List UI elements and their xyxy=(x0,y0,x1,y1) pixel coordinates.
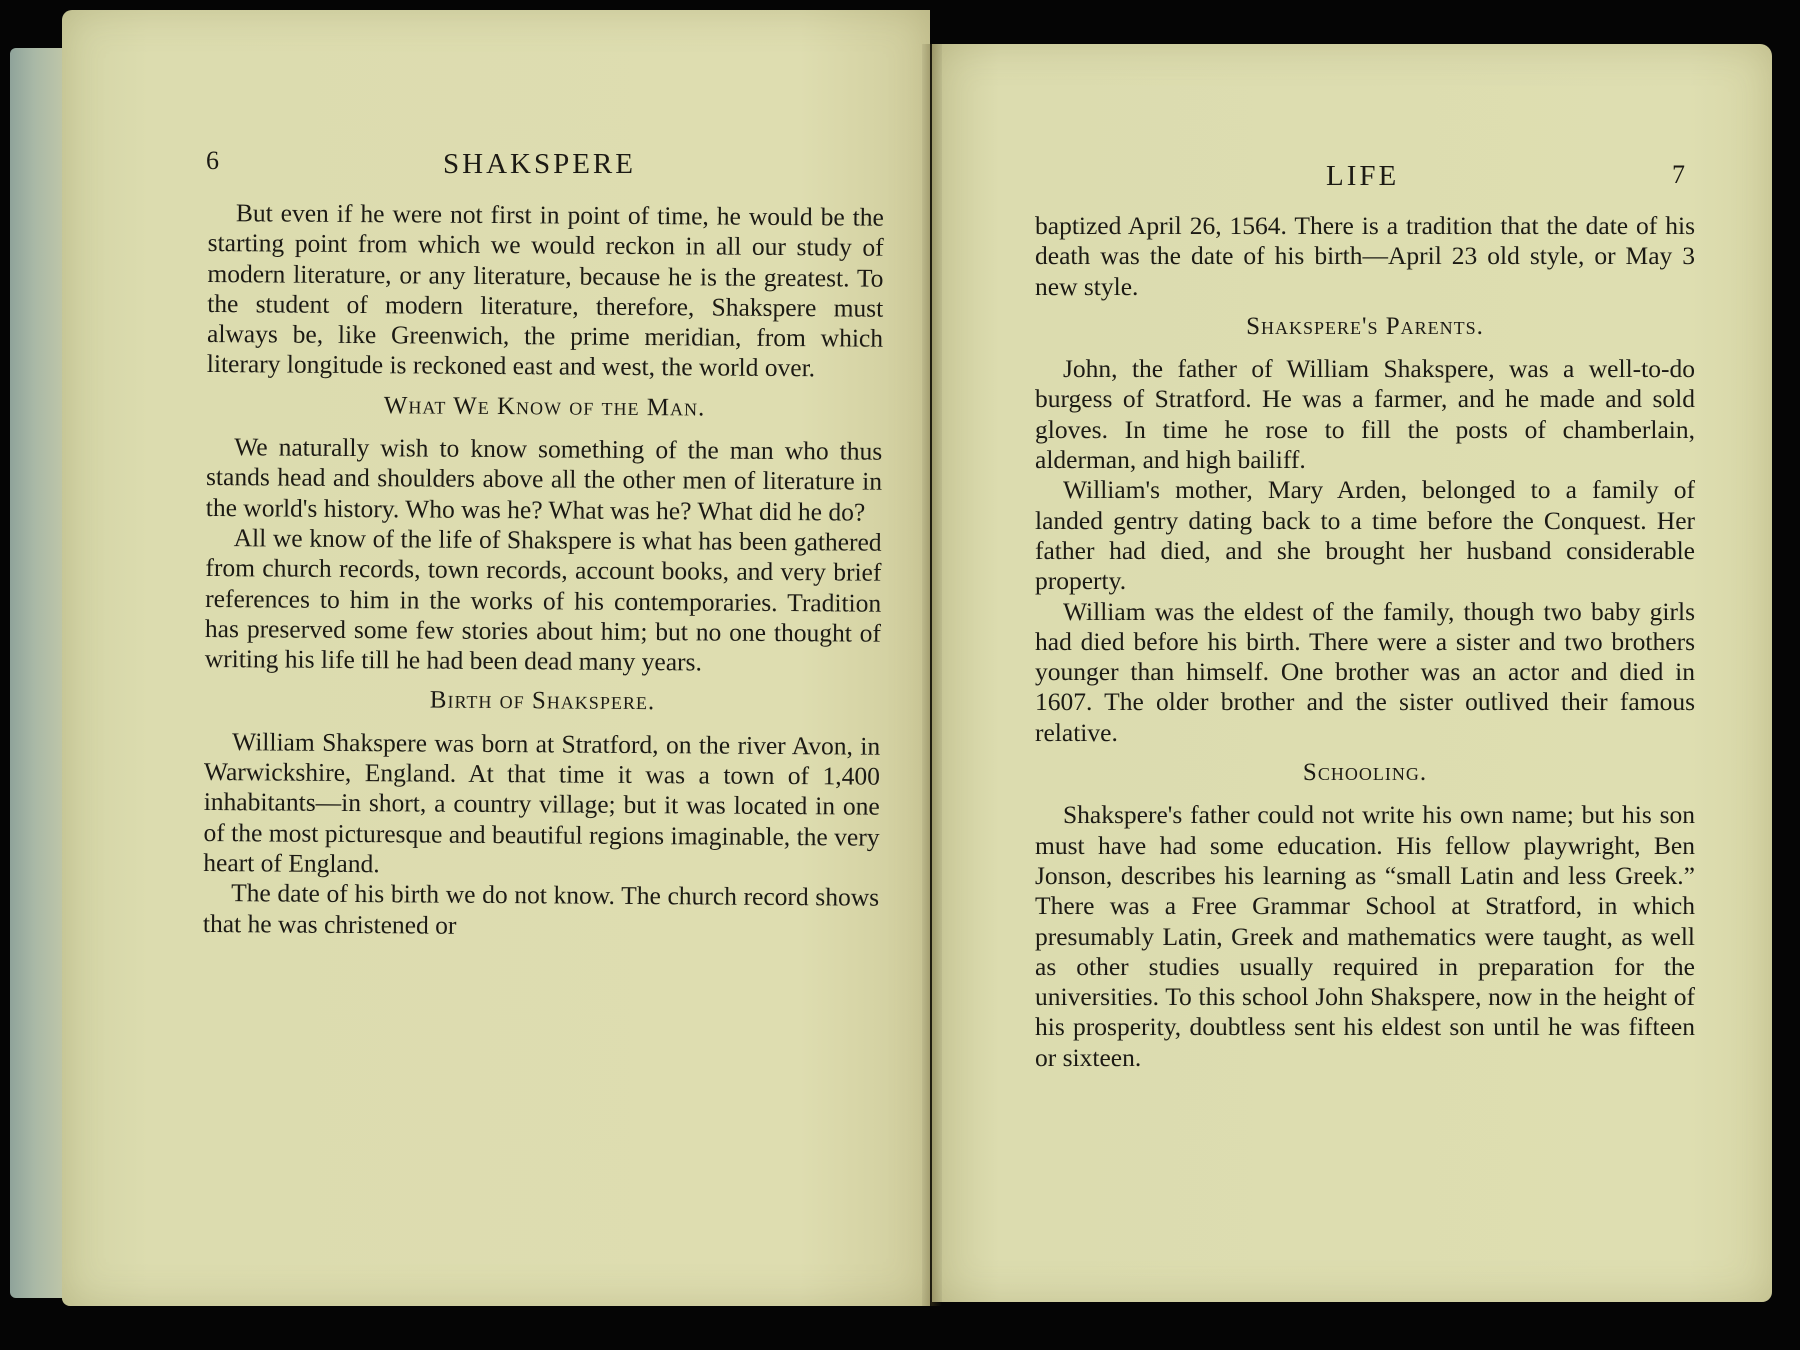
book-page-edges xyxy=(10,48,70,1298)
paragraph: baptized April 26, 1564. There is a trad… xyxy=(1035,211,1695,302)
right-page-text: baptized April 26, 1564. There is a trad… xyxy=(1035,211,1695,1073)
right-page-number: 7 xyxy=(1672,160,1685,190)
book-gutter xyxy=(922,44,942,1306)
section-heading: Birth of Shakspere. xyxy=(204,684,880,719)
paragraph: Shakspere's father could not write his o… xyxy=(1035,800,1695,1073)
paragraph: William Shakspere was born at Stratford,… xyxy=(203,727,880,883)
paragraph: But even if he were not first in point o… xyxy=(207,198,884,384)
left-page-number: 6 xyxy=(206,146,219,176)
section-heading: Shakspere's Parents. xyxy=(1035,312,1695,342)
left-page-text: But even if he were not first in point o… xyxy=(203,198,884,944)
paragraph: William was the eldest of the family, th… xyxy=(1035,597,1695,748)
paragraph: We naturally wish to know something of t… xyxy=(206,432,883,528)
left-running-head: SHAKSPERE xyxy=(443,148,636,181)
paragraph: John, the father of William Shakspere, w… xyxy=(1035,354,1695,475)
right-running-head: LIFE xyxy=(1326,160,1399,193)
paragraph: All we know of the life of Shakspere is … xyxy=(205,523,882,679)
section-heading: Schooling. xyxy=(1035,758,1695,788)
paragraph: The date of his birth we do not know. Th… xyxy=(203,878,879,943)
paragraph: William's mother, Mary Arden, belonged t… xyxy=(1035,475,1695,596)
section-heading: What We Know of the Man. xyxy=(206,390,882,425)
